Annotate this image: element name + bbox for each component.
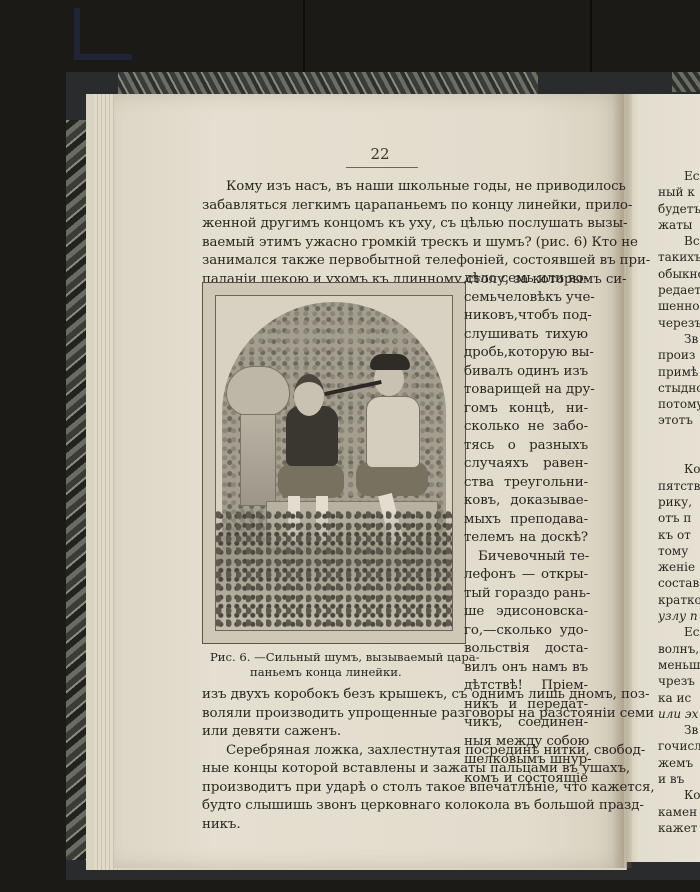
right-page-line: и въ xyxy=(658,771,700,787)
text-line: воляли производить упрощенные разговоры … xyxy=(202,705,588,724)
right-page-line: камен xyxy=(658,804,700,820)
text-line: занимался также первобытной телефоніей, … xyxy=(202,252,588,271)
right-page-text: Есный кбудетъжатыВстакихъобыкноредаетшен… xyxy=(658,168,700,836)
right-page-line: черезъ xyxy=(658,315,700,331)
text-line: лефонъ — откры- xyxy=(464,566,588,585)
text-line: Бичевочный те- xyxy=(464,548,588,567)
boy-left-trousers xyxy=(278,464,344,498)
text-line: телемъ на доскѣ? xyxy=(464,529,588,548)
right-page-line: ный к xyxy=(658,184,700,200)
text-line: мыхъ преподава- xyxy=(464,511,588,530)
right-page-line: женіе xyxy=(658,559,700,575)
right-page-line: редает xyxy=(658,282,700,298)
bushes xyxy=(216,510,452,630)
text-line: бивалъ одинъ изъ xyxy=(464,363,588,382)
right-page-line: состав xyxy=(658,575,700,591)
stone-urn xyxy=(226,366,290,416)
right-page-line: шенно xyxy=(658,298,700,314)
right-page-line: или эх xyxy=(658,706,700,722)
shelf-divider xyxy=(303,0,305,75)
background-mark xyxy=(74,54,132,60)
figure-illustration xyxy=(202,282,466,644)
right-page-line: будетъ xyxy=(658,201,700,217)
urn-pedestal xyxy=(240,414,276,506)
right-page-line: отъ п xyxy=(658,510,700,526)
right-page-line: узлу п xyxy=(658,608,700,624)
right-page-line xyxy=(658,445,700,461)
right-page-line: Зв xyxy=(658,722,700,738)
text-line: ваемый этимъ ужасно громкій трескъ и шум… xyxy=(202,234,588,253)
right-page-line: обыкно xyxy=(658,266,700,282)
boy-right-shirt xyxy=(366,396,420,468)
text-line: никовъ,чтобъ под- xyxy=(464,307,588,326)
right-page-line: потому xyxy=(658,396,700,412)
text-line: дѣло семь или во- xyxy=(464,270,588,289)
text-line: вольствія доста- xyxy=(464,640,588,659)
text-line: ства треугольни- xyxy=(464,474,588,493)
right-page-line: примѣ xyxy=(658,364,700,380)
right-page-line: Ко xyxy=(658,787,700,803)
right-page-text-clip: Есный кбудетъжатыВстакихъобыкноредаетшен… xyxy=(626,94,700,862)
right-page-line: гочисл xyxy=(658,738,700,754)
engraving xyxy=(215,295,453,631)
text-line: дробь,которую вы- xyxy=(464,344,588,363)
right-page-line: тому xyxy=(658,543,700,559)
text-line: ные концы которой вставлены и зажаты пал… xyxy=(202,760,588,779)
boy-left-head xyxy=(294,374,324,416)
caption-line: паньемъ конца линейки. xyxy=(210,665,458,680)
text-line: ше эдисоновска- xyxy=(464,603,588,622)
right-page-line: пятств xyxy=(658,478,700,494)
text-line: слушивать тихую xyxy=(464,326,588,345)
text-line: сколько не забо- xyxy=(464,418,588,437)
text-line: вилъ онъ намъ въ xyxy=(464,659,588,678)
right-page-line: Ко xyxy=(658,461,700,477)
background-mark xyxy=(74,8,80,58)
right-page-line: къ от xyxy=(658,527,700,543)
text-line: гомъ концѣ, ни- xyxy=(464,400,588,419)
marbled-cover-top xyxy=(118,72,538,94)
right-page-line: волнъ, xyxy=(658,641,700,657)
right-page-line: Ес xyxy=(658,624,700,640)
right-page-line: такихъ xyxy=(658,249,700,265)
boy-right-cap xyxy=(370,354,410,370)
text-line: будто слышишь звонъ церковнаго колокола … xyxy=(202,797,588,816)
text-line: забавляться легкимъ царапаньемъ по концу… xyxy=(202,197,588,216)
right-page-line: жаты xyxy=(658,217,700,233)
right-page-line: стыдно xyxy=(658,380,700,396)
right-page-line xyxy=(658,429,700,445)
text-line: женной другимъ концомъ къ уху, съ цѣлью … xyxy=(202,215,588,234)
page-number: 22 xyxy=(340,145,420,164)
right-page-line: рику, xyxy=(658,494,700,510)
right-page-line: Зв xyxy=(658,331,700,347)
marbled-cover-right xyxy=(672,72,700,92)
text-line: тый гораздо рань- xyxy=(464,585,588,604)
text-line: ковъ, доказывае- xyxy=(464,492,588,511)
page-number-rule xyxy=(346,167,418,168)
text-line: случаяхъ равен- xyxy=(464,455,588,474)
caption-line: Рис. 6. —Сильный шумъ, вызываемый цара- xyxy=(210,650,458,665)
text-line: Кому изъ насъ, въ наши школьные годы, не… xyxy=(202,178,588,197)
figure-caption: Рис. 6. —Сильный шумъ, вызываемый цара- … xyxy=(210,650,458,680)
paragraph-continuation: изъ двухъ коробокъ безъ крышекъ, съ одни… xyxy=(202,686,588,834)
book-photo-scene: 22 Кому изъ насъ, въ наши школьные годы,… xyxy=(0,0,700,892)
right-page-line: жемъ xyxy=(658,755,700,771)
text-line: товарищей на дру- xyxy=(464,381,588,400)
text-line: тясь о разныхъ xyxy=(464,437,588,456)
right-page-line: произ xyxy=(658,347,700,363)
right-page-line: Ес xyxy=(658,168,700,184)
text-line: изъ двухъ коробокъ безъ крышекъ, съ одни… xyxy=(202,686,588,705)
right-page-line: чрезъ xyxy=(658,673,700,689)
right-page-line: кратко xyxy=(658,592,700,608)
text-line: или девяти саженъ. xyxy=(202,723,588,742)
right-page-line: ка ис xyxy=(658,690,700,706)
text-line: Серебряная ложка, захлестнутая посрединѣ… xyxy=(202,742,588,761)
shelf-divider xyxy=(590,0,592,75)
text-line: го,—сколько удо- xyxy=(464,622,588,641)
right-page-line: Вс xyxy=(658,233,700,249)
right-page-line: кажет xyxy=(658,820,700,836)
right-page-line: этотъ xyxy=(658,412,700,428)
right-page-line: меньш xyxy=(658,657,700,673)
text-line: производитъ при ударѣ о столъ такое впеч… xyxy=(202,779,588,798)
text-line: никъ. xyxy=(202,816,588,835)
text-line: семьчеловѣкъ уче- xyxy=(464,289,588,308)
